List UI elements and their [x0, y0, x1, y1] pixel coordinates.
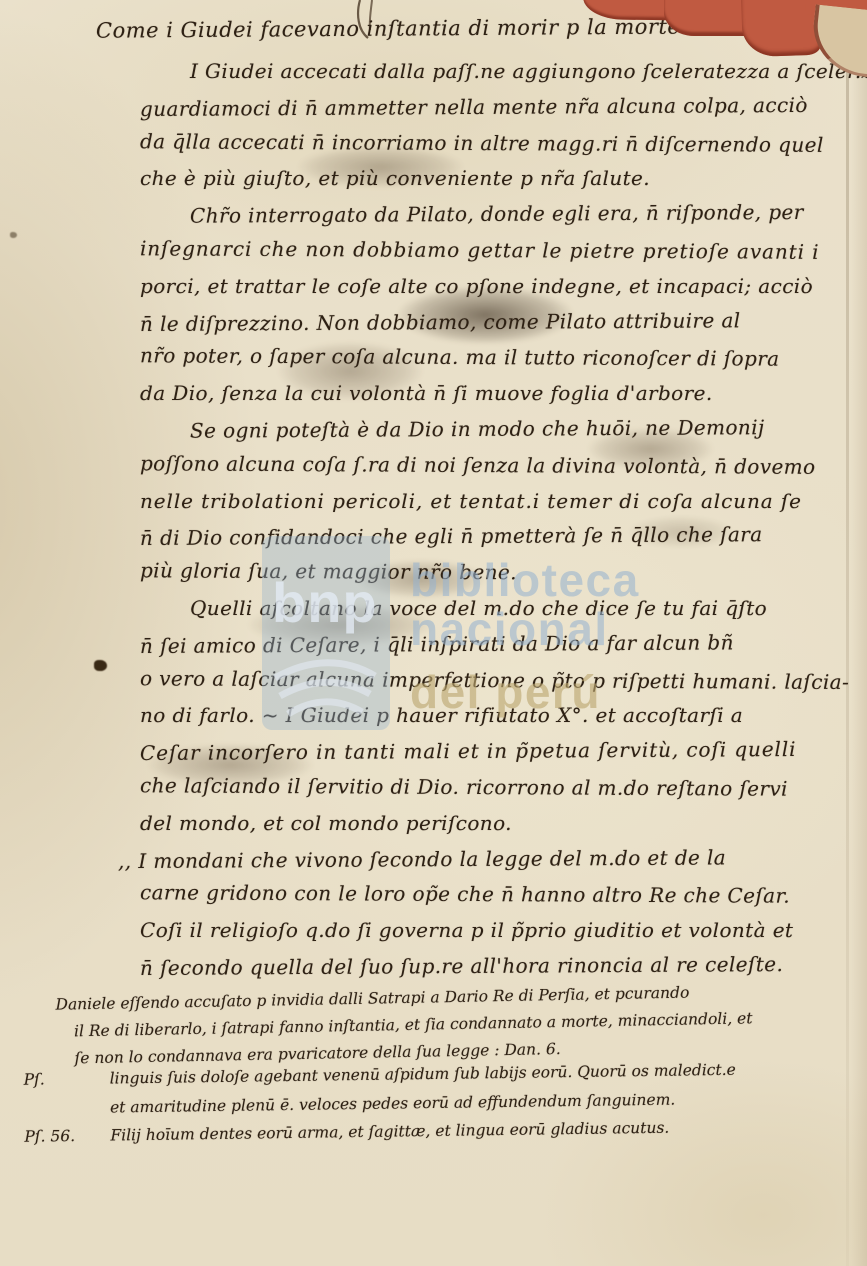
manuscript-line: inſegnarci che non dobbiamo gettar le pi… [94, 231, 836, 271]
manuscript-line: carne gridono con le loro op̃e che n̄ ha… [94, 875, 836, 915]
page-edge-shadow [851, 0, 867, 1266]
manuscript-line: Quelli aſcoltano la voce del m.do che di… [94, 591, 836, 627]
manuscript-line: porci, et trattar le coſe alte co pſone … [94, 269, 836, 305]
manuscript-line: da Dio, ſenza la cui volontà n̄ ſi muove… [94, 376, 836, 412]
psalm-margin-label [18, 1093, 110, 1123]
manuscript-line: poſſono alcuna coſa ſ.ra di noi ſenza la… [94, 446, 836, 486]
psalm-margin-label: Pſ. [17, 1065, 109, 1095]
manuscript-line: del mondo, et col mondo periſcono. [94, 806, 836, 842]
psalm-margin-label: Pſ. 56. [18, 1122, 110, 1152]
manuscript-line: Se ogni poteſtà è da Dio in modo che huō… [94, 410, 836, 450]
main-text-block: I Giudei accecati dalla paſſ.ne aggiungo… [94, 54, 836, 985]
manuscript-line: guardiamoci di n̄ ammetter nella mente n… [94, 88, 836, 128]
manuscript-line: n̄ di Dio confidandoci che egli n̄ pmett… [94, 517, 836, 557]
manuscript-line: n̄ ſei amico di Ceſare, i q̄li inſpirati… [94, 624, 836, 664]
manuscript-page: Come i Giudei facevano inſtantia di mori… [0, 0, 867, 1266]
latin-citations-block: Pſ. linguis ſuis doloſe agebant venenū a… [17, 1054, 848, 1151]
manuscript-line: Coſi il religioſo q.do ſi governa p il p… [94, 913, 836, 949]
manuscript-line: I Giudei accecati dalla paſſ.ne aggiungo… [94, 54, 836, 90]
manuscript-line: da q̄lla accecati n̄ incorriamo in altre… [94, 124, 836, 164]
manuscript-line: no di farlo. ~ I Giudei p hauer rifiutat… [94, 698, 836, 734]
manuscript-line: che è più giuſto, et più conveniente p n… [94, 161, 836, 197]
manuscript-line: o vero a laſciar alcuna imperfettione o … [94, 661, 836, 701]
manuscript-line: Chr̃o interrogato da Pilato, donde egli … [94, 195, 836, 235]
manuscript-line: Ceſar incorſero in tanti mali et in p̃pe… [94, 732, 836, 772]
manuscript-line: che laſciando il ſervitio di Dio. ricorr… [94, 768, 836, 808]
manuscript-line: più gloria ſua, et maggior nr̃o bene. [94, 553, 836, 593]
ink-speck [10, 232, 17, 238]
manuscript-line: n̄ le diſprezzino. Non dobbiamo, come Pi… [94, 302, 836, 342]
manuscript-line: nelle tribolationi pericoli, et tentat.i… [94, 484, 836, 520]
manuscript-line: nr̃o poter, o ſaper coſa alcuna. ma il t… [94, 338, 836, 378]
manuscript-line: ,, I mondani che vivono ſecondo la legge… [94, 839, 836, 879]
